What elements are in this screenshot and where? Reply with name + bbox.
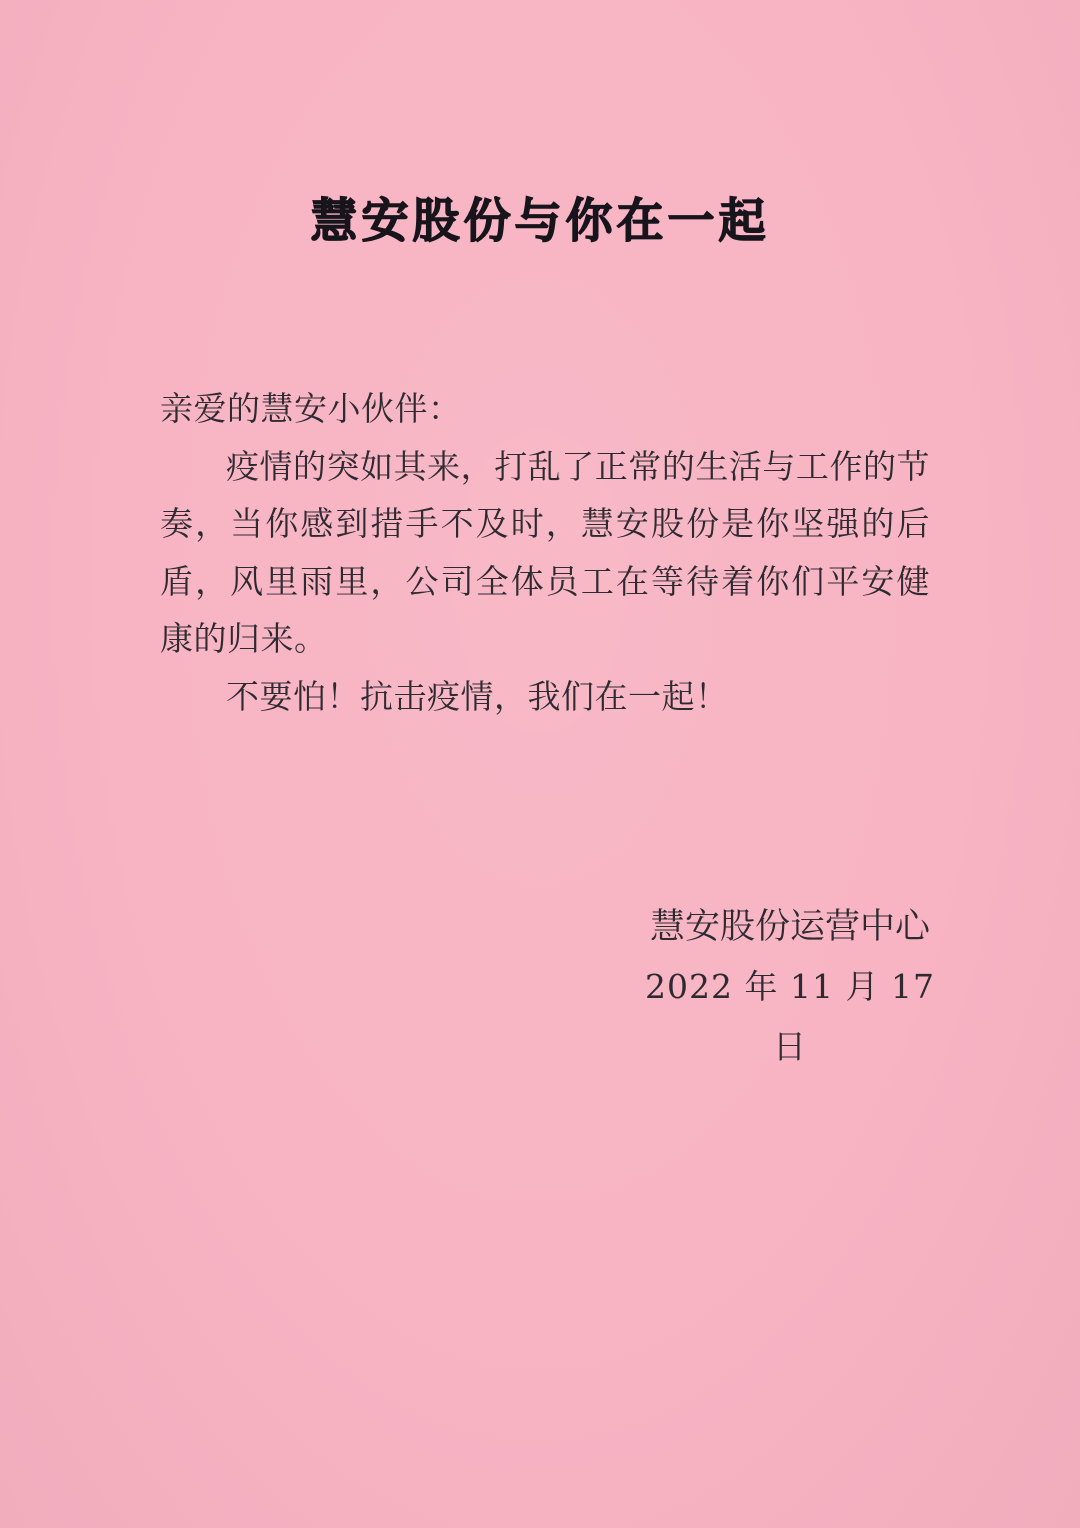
signature: 慧安股份运营中心 <box>630 897 950 957</box>
signature-block: 慧安股份运营中心 2022 年 11 月 17 日 <box>630 897 950 1077</box>
paragraph-2: 不要怕！抗击疫情，我们在一起！ <box>160 668 930 726</box>
paragraph-1: 疫情的突如其来，打乱了正常的生活与工作的节奏，当你感到措手不及时，慧安股份是你坚… <box>160 438 930 668</box>
salutation: 亲爱的慧安小伙伴： <box>160 380 930 438</box>
letter-title: 慧安股份与你在一起 <box>0 0 1080 258</box>
date: 2022 年 11 月 17 日 <box>630 957 950 1077</box>
letter-page: 慧安股份与你在一起 亲爱的慧安小伙伴： 疫情的突如其来，打乱了正常的生活与工作的… <box>0 0 1080 1528</box>
letter-body: 亲爱的慧安小伙伴： 疫情的突如其来，打乱了正常的生活与工作的节奏，当你感到措手不… <box>160 380 930 725</box>
